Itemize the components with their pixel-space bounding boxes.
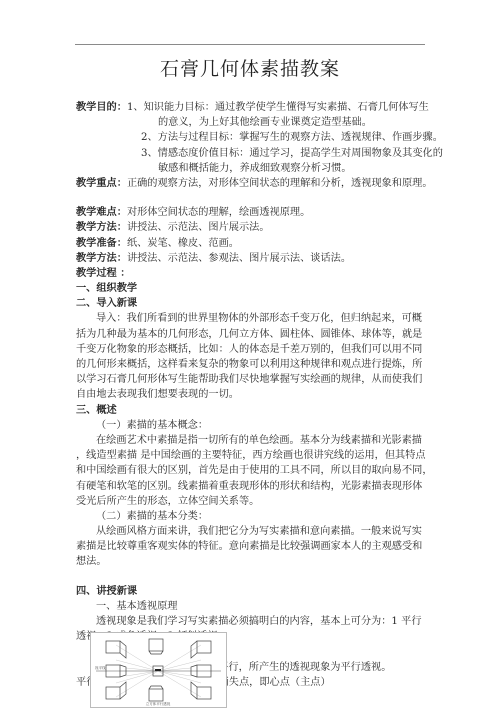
- para-line: 想法。: [76, 554, 416, 569]
- objective-line-2: 2、方法与过程目标：掌握写生的观察方法、透视规律、作画步骤。: [76, 130, 416, 145]
- preparation: 教学准备：纸、炭笔、橡皮、范画。: [76, 236, 416, 251]
- document-body: 教学目的：1、知识能力目标：通过教学使学生懂得写实素描、石膏几何体写生 的意义，…: [76, 100, 416, 690]
- section-2-heading: 二、导入新课: [76, 296, 416, 311]
- header-rule: [75, 44, 425, 45]
- para-line: 素描是比较尊重客观实体的特征。意向素描是比较强调画家本人的主观感受和: [76, 539, 416, 554]
- para-line: 透视现象是我们学习写实素描必须搞明白的内容，基本上可分为：1 平行: [76, 614, 416, 629]
- section-4-heading: 四、讲授新课: [76, 584, 416, 599]
- para-line: 千变万化物象的形态概括，比如：人的体态是千差万别的，但我们可以用不同: [76, 342, 416, 357]
- methods-1: 教学方法：讲授法、示范法、图片展示法。: [76, 220, 416, 235]
- horizon-label: 视平线: [95, 665, 106, 670]
- section-3-heading: 三、概述: [76, 403, 416, 418]
- subheading: 一、基本透视原理: [76, 599, 416, 614]
- methods-2: 教学方法：讲授法、示范法、参观法、图片展示法、谈话法。: [76, 251, 416, 266]
- para-line: 从绘画风格方面来讲，我们把它分为写实素描和意向素描。一般来说写实: [76, 524, 416, 539]
- para-line: 有硬笔和软笔的区别。线素描着重表现形体的形状和结构，光影素描表现形体: [76, 479, 416, 494]
- difficulties: 教学难点：对形体空间状态的理解，绘画透视原理。: [76, 205, 416, 220]
- subheading: （二）素描的基本分类：: [76, 509, 416, 524]
- para-line: 括为几种最为基本的几何形态，几何立方体、圆柱体、圆锥体、球体等，就是: [76, 327, 416, 342]
- objective-line-1b: 的意义，为上好其他绘画专业课奠定造型基础。: [76, 115, 416, 130]
- para-line: 的几何形来概括，这样看来复杂的物象可以利用这种规律和观点进行提炼，所: [76, 357, 416, 372]
- objective-line-3: 3、情感态度价值目标：通过学习，提高学生对周围物象及其变化的: [76, 146, 416, 161]
- para-line: ，线造型素描 是中国绘画的主要特征，西方绘画也很讲究线的运用，但其特点: [76, 448, 416, 463]
- objective-line-1: 教学目的：1、知识能力目标：通过教学使学生懂得写实素描、石膏几何体写生: [76, 100, 416, 115]
- parallel-perspective-figure: 视平线 立方体平行透视: [90, 632, 227, 708]
- para-line: 以学习石膏几何形体写生能帮助我们尽快地掌握写实绘画的规律，从而使我们: [76, 372, 416, 387]
- para-line: 受光后所产生的形态，立体空间关系等。: [76, 494, 416, 509]
- subheading: （一）素描的基本概念：: [76, 418, 416, 433]
- cube-perspective-diagram: 视平线 立方体平行透视: [91, 633, 226, 707]
- process-heading: 教学过程 ：: [76, 266, 416, 281]
- section-1-heading: 一、组织教学: [76, 281, 416, 296]
- key-points: 教学重点：正确的观察方法，对形体空间状态的理解和分析，透视现象和原理。: [76, 176, 416, 191]
- para-line: 和中国绘画有很大的区别，首先是由于使用的工具不同，所以目的取向易不同，: [76, 463, 416, 478]
- para-line: 导入：我们所看到的世界里物体的外部形态千变万化，但归纳起来，可概: [76, 311, 416, 326]
- para-line: 在绘画艺术中素描是指一切所有的单色绘画。基本分为线素描和光影素描: [76, 433, 416, 448]
- para-line: 自由地去表现我们想要表现的一切。: [76, 387, 416, 402]
- objective-line-3b: 敏感和概括能力，养成细致观察分析习惯。: [76, 161, 416, 176]
- document-title: 石膏几何体素描教案: [0, 54, 500, 81]
- figure-caption: 立方体平行透视: [146, 701, 171, 706]
